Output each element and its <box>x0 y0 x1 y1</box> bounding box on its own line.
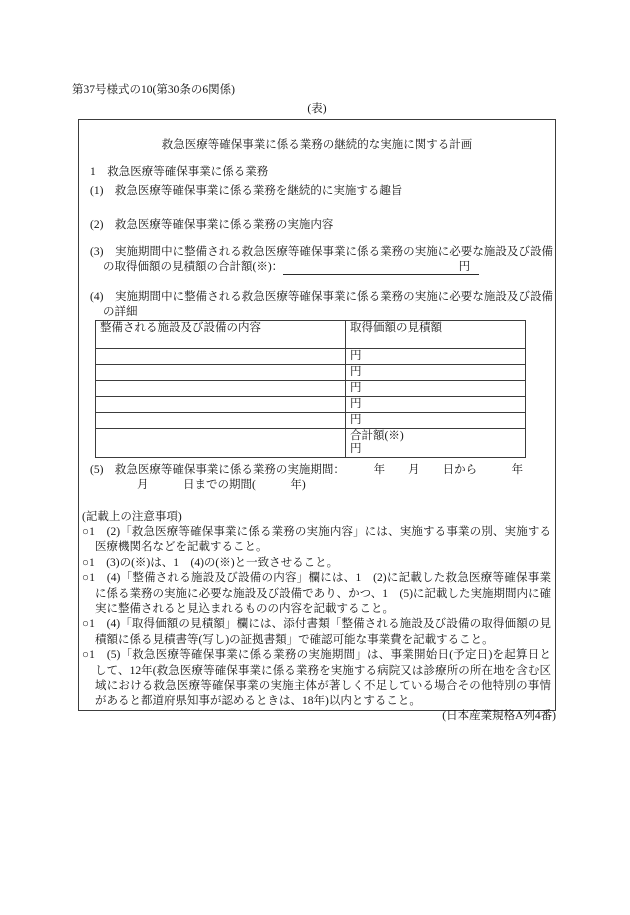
cost-cell: 円 <box>346 413 526 429</box>
cost-cell: 円 <box>346 381 526 397</box>
notes-heading: (記載上の注意事項) <box>82 510 555 525</box>
col-header-cost: 取得価額の見積額 <box>346 321 526 349</box>
col-header-facility: 整備される施設及び設備の内容 <box>96 321 346 349</box>
cost-cell: 円 <box>346 365 526 381</box>
note-item-3: ○1 (4)「整備される施設及び設備の内容」欄には、1 (2)に記載した救急医療… <box>82 571 551 617</box>
item-3-total-estimate: (3) 実施期間中に整備される救急医療等確保事業に係る業務の実施に必要な施設及び… <box>90 245 553 275</box>
item-5-line-1: (5) 救急医療等確保事業に係る業務の実施期間： 年 月 日から 年 <box>103 463 553 478</box>
note-item-4: ○1 (4)「取得価額の見積額」欄には、添付書類「整備される施設及び設備の取得価… <box>82 617 551 648</box>
total-label: 合計額(※) <box>350 430 521 443</box>
facility-cell <box>96 413 346 429</box>
table-row: 円 <box>96 349 526 365</box>
paper-size-note: (日本産業規格A列4番) <box>78 709 556 724</box>
note-item-1: ○1 (2)「救急医療等確保事業に係る業務の実施内容」には、実施する事業の別、実… <box>82 525 551 556</box>
table-row: 円 <box>96 381 526 397</box>
facility-cell <box>96 429 346 458</box>
facility-cell <box>96 381 346 397</box>
table-row: 円 <box>96 365 526 381</box>
table-total-row: 合計額(※) 円 <box>96 429 526 458</box>
table-row: 円 <box>96 397 526 413</box>
item-5-period: (5) 救急医療等確保事業に係る業務の実施期間： 年 月 日から 年 月 日まで… <box>90 463 553 493</box>
facility-cell <box>96 365 346 381</box>
document-title: 救急医療等確保事業に係る業務の継続的な実施に関する計画 <box>79 138 555 153</box>
form-number: 第37号様式の10(第30条の6関係) <box>72 83 235 98</box>
item-4-details: (4) 実施期間中に整備される救急医療等確保事業に係る業務の実施に必要な施設及び… <box>90 290 553 320</box>
facility-cell <box>96 349 346 365</box>
side-label: (表) <box>78 102 556 117</box>
amount-blank-line: 円 <box>283 260 479 275</box>
item-1-purpose: (1) 救急医療等確保事業に係る業務を継続的に実施する趣旨 <box>90 184 553 199</box>
table-row: 円 <box>96 413 526 429</box>
facility-cell <box>96 397 346 413</box>
cost-cell: 円 <box>346 349 526 365</box>
table-header-row: 整備される施設及び設備の内容 取得価額の見積額 <box>96 321 526 349</box>
total-cell: 合計額(※) 円 <box>346 429 526 458</box>
form-outer-box: 救急医療等確保事業に係る業務の継続的な実施に関する計画 1 救急医療等確保事業に… <box>78 119 556 711</box>
cost-cell: 円 <box>346 397 526 413</box>
note-item-5: ○1 (5)「救急医療等確保事業に係る業務の実施期間」は、事業開始日(予定日)を… <box>82 648 551 710</box>
document-page: 第37号様式の10(第30条の6関係) (表) 救急医療等確保事業に係る業務の継… <box>0 0 630 915</box>
item-5-line-2: 月 日までの期間( 年) <box>103 478 553 493</box>
item-2-contents: (2) 救急医療等確保事業に係る業務の実施内容 <box>90 218 553 233</box>
section-1-heading: 1 救急医療等確保事業に係る業務 <box>90 165 555 180</box>
facility-cost-table: 整備される施設及び設備の内容 取得価額の見積額 円 円 円 円 <box>95 320 526 458</box>
total-yen-unit: 円 <box>350 443 521 456</box>
note-item-2: ○1 (3)の(※)は、1 (4)の(※)と一致させること。 <box>82 556 551 571</box>
yen-unit: 円 <box>459 261 471 273</box>
